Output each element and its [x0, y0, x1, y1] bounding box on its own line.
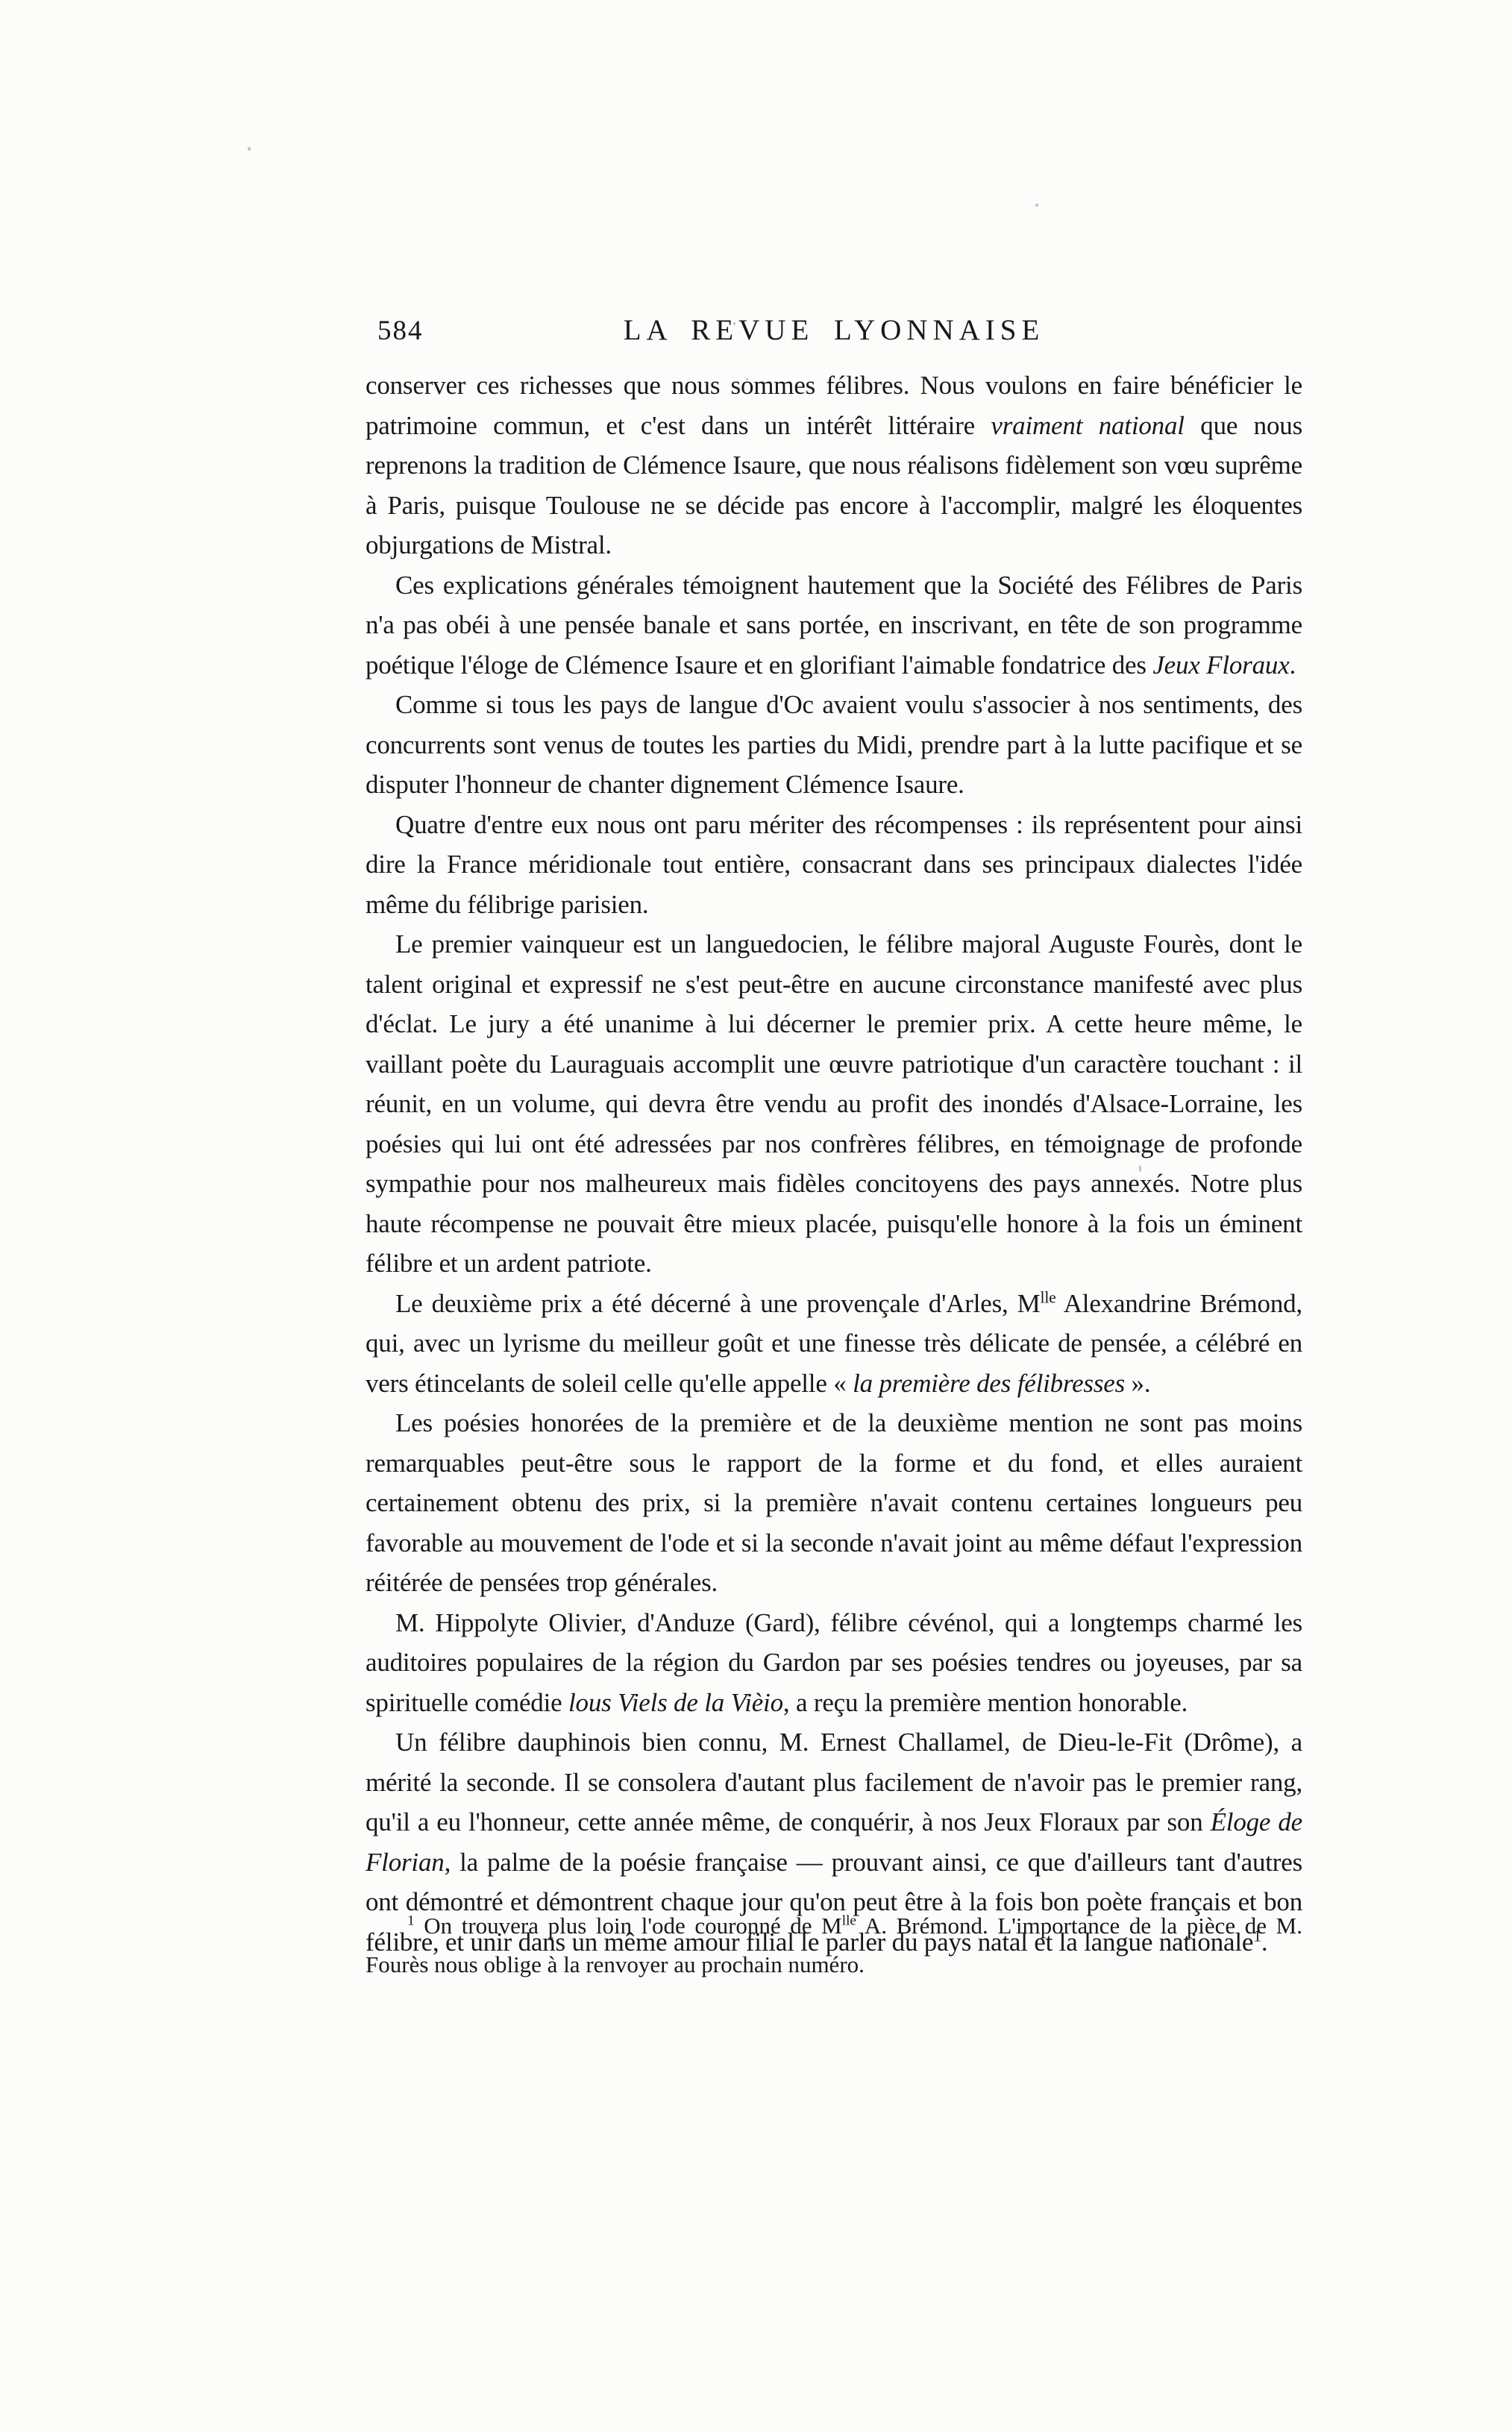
footnote: 1 On trouvera plus loin l'ode couronné d…: [366, 1907, 1302, 1984]
text-run: Le deuxième prix a été décerné à une pro…: [395, 1289, 1041, 1318]
paragraph: Le premier vainqueur est un languedocien…: [366, 924, 1302, 1284]
italic-text-run: Jeux Floraux: [1152, 650, 1289, 680]
text-run: On trouvera plus loin l'ode couronné de …: [415, 1913, 842, 1939]
body-text: conserver ces richesses que nous sommes …: [366, 366, 1302, 1962]
footnote-paragraph: 1 On trouvera plus loin l'ode couronné d…: [366, 1907, 1302, 1984]
paragraph: Le deuxième prix a été décerné à une pro…: [366, 1284, 1302, 1404]
superscript: lle: [1041, 1288, 1056, 1306]
text-run: , a reçu la première mention honorable.: [783, 1688, 1188, 1717]
italic-text-run: lous Viels de la Vièio: [568, 1688, 783, 1717]
paragraph: M. Hippolyte Olivier, d'Anduze (Gard), f…: [366, 1603, 1302, 1723]
paragraph: Ces explications générales témoignent ha…: [366, 565, 1302, 686]
scan-speck: [1035, 204, 1038, 207]
text-run: Quatre d'entre eux nous ont paru mériter…: [366, 810, 1302, 919]
text-run: Comme si tous les pays de langue d'Oc av…: [366, 690, 1302, 799]
text-run: ».: [1125, 1369, 1150, 1398]
page-header: 584 LA REVUE LYONNAISE: [366, 313, 1302, 351]
scan-speck: [248, 147, 251, 151]
italic-text-run: vraiment national: [991, 411, 1184, 440]
scanned-page: 584 LA REVUE LYONNAISE conserver ces ric…: [0, 0, 1512, 2431]
text-run: .: [1290, 650, 1296, 680]
journal-title: LA REVUE LYONNAISE: [366, 313, 1302, 347]
text-run: Le premier vainqueur est un languedocien…: [366, 929, 1302, 1278]
superscript: lle: [842, 1913, 856, 1929]
italic-text-run: la première des félibresses: [853, 1369, 1125, 1398]
text-run: Les poésies honorées de la première et d…: [366, 1408, 1302, 1597]
superscript: 1: [407, 1913, 415, 1929]
paragraph: Les poésies honorées de la première et d…: [366, 1403, 1302, 1603]
paragraph: Quatre d'entre eux nous ont paru mériter…: [366, 805, 1302, 925]
paragraph: Comme si tous les pays de langue d'Oc av…: [366, 685, 1302, 805]
text-run: Un félibre dauphinois bien connu, M. Ern…: [366, 1728, 1302, 1836]
paragraph: conserver ces richesses que nous sommes …: [366, 366, 1302, 565]
